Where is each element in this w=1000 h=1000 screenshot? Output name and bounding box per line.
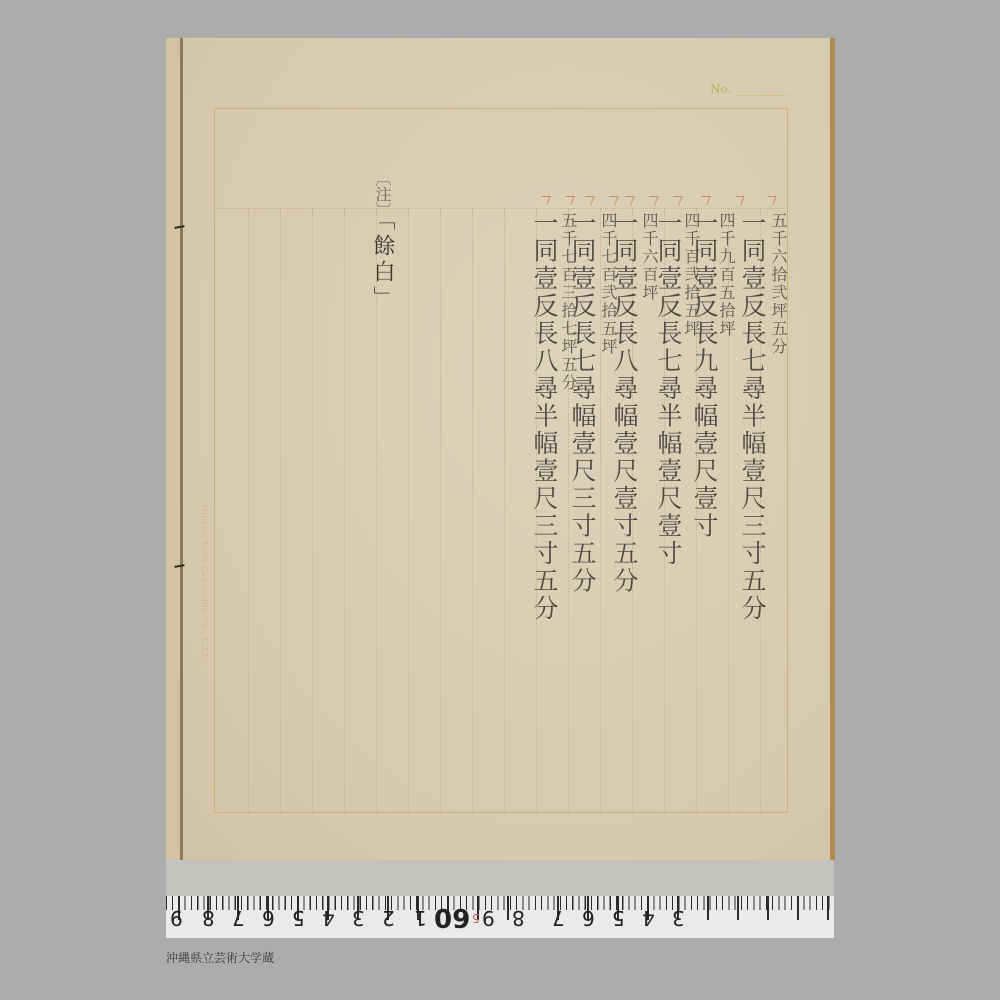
ruler-major-tick <box>737 896 739 920</box>
column-rule <box>312 208 313 812</box>
ruler-label: 4 <box>322 908 335 928</box>
column-rule <box>408 208 409 812</box>
ruler-major-tick <box>507 896 509 920</box>
ruler-label: 8 <box>512 908 525 928</box>
column-rule <box>344 208 345 812</box>
entry-line-6: 一同壹反長八尋半幅壹尺三寸五分 <box>532 210 557 623</box>
entry-sub-5: 四千七百弐拾五坪 <box>600 212 616 356</box>
entry-sub-6: 五千七百三拾七坪五分 <box>560 212 576 392</box>
ruler-label: 9 <box>170 908 183 928</box>
ruler-label: 3 <box>352 908 365 928</box>
binding-spine <box>180 38 183 860</box>
ruler-label-major: 60 <box>434 904 470 930</box>
collection-caption: 沖縄県立芸術大学蔵 <box>166 949 274 966</box>
ruler-label: 7 <box>232 908 245 928</box>
column-rule <box>440 208 441 812</box>
column-rule <box>248 208 249 812</box>
entry-sub-4: 四千六百坪 <box>641 212 657 302</box>
background-band <box>166 860 834 896</box>
ruler-label: 3 <box>672 908 685 928</box>
blank-marker: 「餘白」 <box>367 208 398 312</box>
ruler-label: 5 <box>612 908 625 928</box>
publisher-imprint: Nippon Note Gakuyohin Co., L.T.D. <box>197 505 209 705</box>
entry-sub-3: 四千百弐拾五坪 <box>683 212 699 338</box>
ruler-label: 7 <box>552 908 565 928</box>
page-number-label: No. <box>710 82 731 96</box>
ruler-label: 5 <box>292 908 305 928</box>
binding-stitch-icon <box>174 225 185 235</box>
ruler-label-red: 5 <box>472 912 480 924</box>
measuring-tape: 9 8 7 6 5 4 3 2 1 60 5 9 8 7 6 5 4 3 <box>166 896 834 938</box>
column-rule <box>472 208 473 812</box>
header-dotted-rule <box>216 208 786 209</box>
entry-line-3: 一同壹反長七尋半幅壹尺壹寸 <box>656 210 681 568</box>
ruler-major-tick <box>767 896 769 920</box>
column-rule <box>280 208 281 812</box>
ruler-label: 6 <box>582 908 595 928</box>
entry-sub-1: 五千六拾弐坪五分 <box>770 212 786 356</box>
ruler-major-tick <box>797 896 799 920</box>
ruler-label: 9 <box>482 908 495 928</box>
ruler-major-tick <box>827 896 829 920</box>
column-rule <box>504 208 505 812</box>
binding-stitch-icon <box>174 564 185 574</box>
ruler-label: 2 <box>382 908 395 928</box>
page-number-field <box>736 95 788 96</box>
entry-line-1: 一同壹反長七尋半幅壹尺三寸五分 <box>740 210 765 623</box>
entry-sub-2: 四千九百五拾坪 <box>718 212 734 338</box>
ruler-label: 8 <box>202 908 215 928</box>
ruler-label: 4 <box>642 908 655 928</box>
ruler-label: 1 <box>414 908 427 928</box>
page-right-edge <box>830 38 834 860</box>
ruler-major-tick <box>707 896 709 920</box>
ruler-label: 6 <box>262 908 275 928</box>
